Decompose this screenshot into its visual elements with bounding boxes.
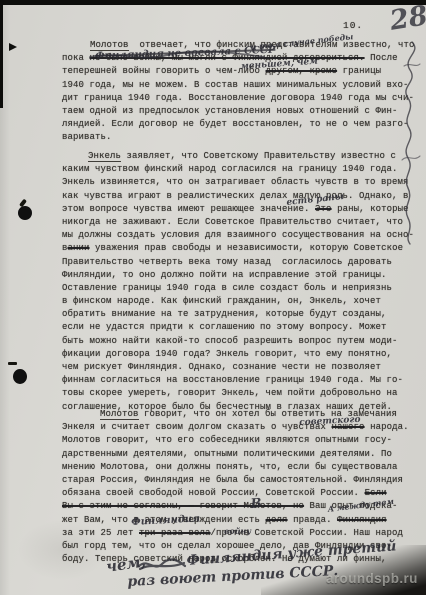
typed-line: как чувства играют в реалистических дела… bbox=[62, 190, 416, 203]
typed-line: ляндией. Если договор не будет восстанов… bbox=[62, 118, 416, 131]
typed-line: чем рискует Финляндия. Однако, сознание … bbox=[62, 361, 416, 374]
scan-top-edge bbox=[0, 0, 426, 5]
hole-punch-bottom bbox=[13, 369, 27, 384]
typed-text: границы bbox=[337, 66, 381, 76]
typed-text: фикации договора 1940 года? Энкель говор… bbox=[62, 349, 392, 359]
typed-line: обязана своей свободой новой России, Сов… bbox=[62, 487, 416, 500]
typed-line: 1940 года, мы не можем. В состав наших м… bbox=[62, 79, 416, 92]
typed-line: вании уважения прав свободы и независимо… bbox=[62, 242, 416, 255]
handwritten-note: В bbox=[250, 496, 262, 512]
typed-text: теперешней войны говорить о чем-либо bbox=[62, 66, 266, 76]
typed-line: в финском народе. Как финский гражданин,… bbox=[62, 295, 416, 308]
typed-text: варивать. bbox=[62, 132, 112, 142]
typed-text: финнам согласиться на восстановление гра… bbox=[62, 375, 403, 385]
typed-text: за эти 25 лет bbox=[62, 528, 139, 538]
typed-line: старая Россия, Финляндия не была бы само… bbox=[62, 474, 416, 487]
typed-text: обязана своей свободой новой России, Сов… bbox=[62, 488, 365, 498]
typed-line: дит граница 1940 года. Восстановление до… bbox=[62, 92, 416, 105]
typed-line: мнению Молотова, они должны понять, что,… bbox=[62, 461, 416, 474]
typed-line: обратить внимание на те затруднения, кот… bbox=[62, 308, 416, 321]
typed-text: никогда не заживают. Если Советское Прав… bbox=[62, 217, 403, 227]
typed-text: как чувства играют в реалистических дела… bbox=[62, 191, 409, 201]
typed-line: финнам согласиться на восстановление гра… bbox=[62, 374, 416, 387]
typed-text: народа. bbox=[365, 422, 409, 432]
typed-text: раны, которые bbox=[332, 204, 409, 214]
pen-tick-bottom bbox=[8, 362, 17, 365]
speaker-name: Энкель bbox=[88, 151, 121, 162]
typed-text: Правительство четверть века тому назад с… bbox=[62, 257, 392, 267]
typed-line: Финляндии, то оно должно пойти на исправ… bbox=[62, 269, 416, 282]
typed-text: Молотов говорит, что его собеседники явл… bbox=[62, 435, 392, 445]
typed-text: правда. bbox=[288, 515, 338, 525]
typed-line: дарственными деятелями, опытными политич… bbox=[62, 448, 416, 461]
typed-line: никогда не заживают. Если Советское Прав… bbox=[62, 216, 416, 229]
typed-text: каким чувством финский народ согласился … bbox=[62, 164, 398, 174]
typed-line: этом вопросе чувства имеют решающее знач… bbox=[62, 203, 416, 216]
typed-line: каким чувством финский народ согласился … bbox=[62, 163, 416, 176]
speaker-name: Молотов bbox=[100, 409, 139, 420]
struck-text: доля bbox=[266, 515, 288, 525]
typed-line: мы должны создать условия для взаимного … bbox=[62, 229, 416, 242]
typed-line: Молотов говорит, что он хотел бы ответит… bbox=[62, 408, 416, 421]
typed-text: пока bbox=[62, 53, 90, 63]
typed-text: старая Россия, Финляндия не была бы само… bbox=[62, 475, 403, 485]
typed-text: если не удастся придти к соглашению по э… bbox=[62, 322, 387, 332]
typed-text: 1940 года, мы не можем. В состав наших м… bbox=[62, 80, 409, 90]
typed-line: товы скорее умереть, говорит Энкель, чем… bbox=[62, 387, 416, 400]
typed-text: Энкель извиняется, что он затрагивает об… bbox=[62, 177, 409, 187]
scanned-document-page: 10. 28 Молотов отвечает, что финским пре… bbox=[0, 0, 426, 595]
typed-text: дит граница 1940 года. Восстановление до… bbox=[62, 93, 414, 103]
typed-line: Правительство четверть века тому назад с… bbox=[62, 256, 416, 269]
typed-text: заявляет, что Советскому Правительству и… bbox=[121, 151, 396, 161]
margin-arrow-mark bbox=[9, 43, 17, 51]
watermark: aroundspb.ru bbox=[326, 571, 418, 586]
typed-line: теперешней войны говорить о чем-либо дру… bbox=[62, 65, 416, 78]
page-number: 10. bbox=[343, 20, 363, 31]
typed-text: быть можно найти какой-то способ разреши… bbox=[62, 336, 398, 346]
typed-line: Молотов говорит, что его собеседники явл… bbox=[62, 434, 416, 447]
typed-text: дарственными деятелями, опытными политич… bbox=[62, 449, 392, 459]
typed-line: Энкель заявляет, что Советскому Правител… bbox=[62, 150, 416, 163]
typed-line: жет Вам, что в этом утверждении есть дол… bbox=[62, 514, 416, 527]
struck-text: Вы с этим не согласны, — говорит Молотов… bbox=[62, 501, 304, 511]
handwritten-note: войну bbox=[224, 526, 251, 536]
struck-text: три раза вела bbox=[139, 528, 211, 538]
typed-text: Финляндии, то оно должно пойти на исправ… bbox=[62, 270, 387, 280]
typed-line: Энкеля и считает своим долгом сказать о … bbox=[62, 421, 416, 434]
typed-text: обратить внимание на те затруднения, кот… bbox=[62, 309, 387, 319]
typed-text: уважения прав свободы и независимости, к… bbox=[90, 243, 404, 253]
typed-line: Оставление границы 1940 года в силе созд… bbox=[62, 282, 416, 295]
typed-text: мы должны создать условия для взаимного … bbox=[62, 230, 414, 240]
typed-text: ляндией. Если договор не будет восстанов… bbox=[62, 119, 409, 129]
typed-line: варивать. bbox=[62, 131, 416, 144]
typed-text: чем рискует Финляндия. Однако, сознание … bbox=[62, 362, 381, 372]
typed-text: этом вопросе чувства имеют решающее знач… bbox=[62, 204, 315, 214]
typed-text: товы скорее умереть, говорит Энкель, чем… bbox=[62, 388, 398, 398]
handwritten-folio-number: 28 bbox=[388, 0, 426, 36]
typed-line: Энкель извиняется, что он затрагивает об… bbox=[62, 176, 416, 189]
typed-text: таем одной из предпосылок установления н… bbox=[62, 106, 398, 116]
typed-text: в финском народе. Как финский гражданин,… bbox=[62, 296, 381, 306]
typed-line: фикации договора 1940 года? Энкель говор… bbox=[62, 348, 416, 361]
typed-line: быть можно найти какой-то способ разреши… bbox=[62, 335, 416, 348]
typed-line: если не удастся придти к соглашению по э… bbox=[62, 321, 416, 334]
paragraph: Энкель заявляет, что Советскому Правител… bbox=[62, 150, 416, 414]
typed-text: Оставление границы 1940 года в силе созд… bbox=[62, 283, 392, 293]
paper-edge-shading bbox=[0, 0, 10, 595]
typed-text: После bbox=[365, 53, 398, 63]
typed-text: Энкеля и считает своим долгом сказать о … bbox=[62, 422, 332, 432]
struck-text: Финляндия bbox=[337, 515, 387, 525]
typed-text: мнению Молотова, они должны понять, что,… bbox=[62, 462, 398, 472]
struck-text: Это bbox=[315, 204, 332, 214]
typed-line: таем одной из предпосылок установления н… bbox=[62, 105, 416, 118]
struck-text: ании bbox=[68, 243, 90, 253]
hole-punch-top bbox=[18, 206, 32, 220]
